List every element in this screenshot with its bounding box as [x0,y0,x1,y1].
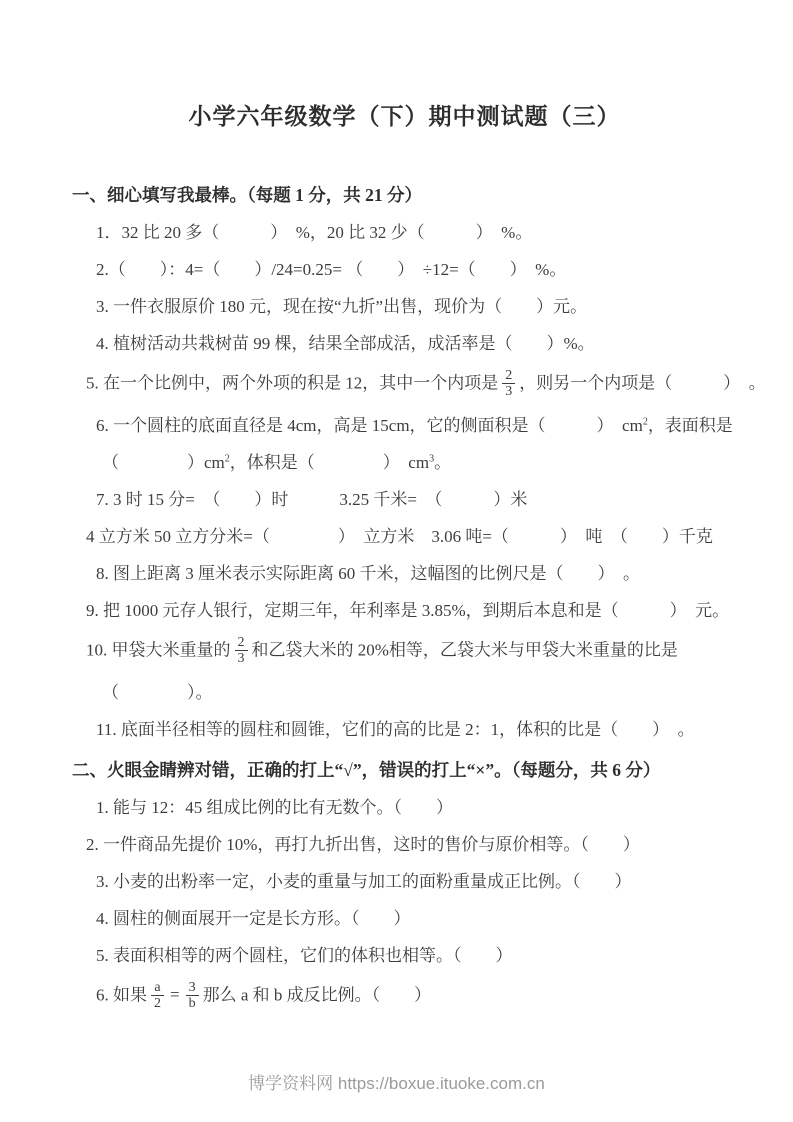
section-fill-in-blanks: 一、细心填写我最棒。（每题 1 分，共 21 分） 1．32 比 20 多（ ）… [72,183,737,741]
question-1-10-line1: 10. 甲袋大米重量的23和乙袋大米的 20%相等，乙袋大米与甲袋大米重量的比是 [72,636,737,667]
question-1-5-text-after: ，则另一个内项是（ ） 。 [519,373,766,392]
fraction-denominator: 2 [151,996,164,1011]
test-paper-page: 小学六年级数学（下）期中测试题（三） 一、细心填写我最棒。（每题 1 分，共 2… [0,0,793,1122]
fraction-numerator: 3 [186,980,199,996]
question-2-3: 3. 小麦的出粉率一定，小麦的重量与加工的面粉重量成正比例。（ ） [72,870,737,893]
section1-heading: 一、细心填写我最棒。（每题 1 分，共 21 分） [72,183,737,207]
question-1-11: 11. 底面半径相等的圆柱和圆锥，它们的高的比是 2：1，体积的比是（ ） 。 [72,718,737,741]
question-1-6-text-d: ，体积是（ ） cm [230,453,429,472]
question-1-6-text-b: ，表面积是 [648,416,733,435]
question-1-6-line2: （ ）cm2，体积是（ ） cm3。 [72,451,737,474]
equals-sign: = [170,985,180,1004]
question-1-4: 4. 植树活动共栽树苗 99 棵，结果全部成活，成活率是（ ）%。 [72,332,737,355]
question-1-10-text-before: 10. 甲袋大米重量的 [86,640,231,659]
footer-site-text: 博学资料网 https://boxue.ituoke.com.cn [248,1074,545,1093]
section2-heading: 二、火眼金睛辨对错，正确的打上“√”，错误的打上“×”。（每题分，共 6 分） [72,758,737,782]
section-true-false: 二、火眼金睛辨对错，正确的打上“√”，错误的打上“×”。（每题分，共 6 分） … [72,758,737,1012]
question-1-5: 5. 在一个比例中，两个外项的积是 12，其中一个内项是23，则另一个内项是（ … [72,369,737,400]
question-1-5-text-before: 5. 在一个比例中，两个外项的积是 12，其中一个内项是 [86,373,498,392]
question-1-6-text-c: （ ）cm [102,453,225,472]
question-1-6-text-a: 6. 一个圆柱的底面直径是 4cm，高是 15cm，它的侧面积是（ ） cm [96,416,643,435]
fraction-numerator: a [151,980,163,996]
fraction-two-thirds: 23 [502,368,515,399]
fraction-denominator: b [186,996,199,1011]
question-1-6-text-e: 。 [434,453,451,472]
question-2-4: 4. 圆柱的侧面展开一定是长方形。（ ） [72,907,737,930]
question-1-2: 2.（ ）：4=（ ）/24=0.25= （ ） ÷12=（ ） %。 [72,258,737,281]
question-2-6-text-after: 那么 a 和 b 成反比例。（ ） [203,985,432,1004]
fraction-denominator: 3 [235,651,248,666]
question-2-6: 6. 如果a2=3b那么 a 和 b 成反比例。（ ） [72,981,737,1012]
question-2-2: 2. 一件商品先提价 10%，再打九折出售，这时的售价与原价相等。（ ） [72,833,737,856]
footer-watermark: 博学资料网 https://boxue.ituoke.com.cn [0,1069,793,1094]
question-1-10-line2: （ ）。 [72,681,737,704]
fraction-denominator: 3 [502,384,515,399]
fraction-two-thirds: 23 [235,635,248,666]
question-1-8: 8. 图上距离 3 厘米表示实际距离 60 千米，这幅图的比例尺是（ ） 。 [72,562,737,585]
fraction-a-over-2: a2 [151,980,164,1011]
question-1-6-line1: 6. 一个圆柱的底面直径是 4cm，高是 15cm，它的侧面积是（ ） cm2，… [72,414,737,437]
question-2-1: 1. 能与 12：45 组成比例的比有无数个。（ ） [72,796,737,819]
question-1-1: 1．32 比 20 多（ ） %，20 比 32 少（ ） %。 [72,221,737,244]
fraction-3-over-b: 3b [186,980,199,1011]
fraction-numerator: 2 [235,635,248,651]
question-1-10-text-after: 和乙袋大米的 20%相等，乙袋大米与甲袋大米重量的比是 [252,640,678,659]
fraction-numerator: 2 [502,368,515,384]
question-1-7-line2: 4 立方米 50 立方分米=（ ） 立方米 3.06 吨=（ ） 吨 （ ）千克 [72,525,737,548]
page-title: 小学六年级数学（下）期中测试题（三） [72,98,737,131]
question-1-3: 3. 一件衣服原价 180 元，现在按“九折”出售，现价为（ ）元。 [72,295,737,318]
question-2-5: 5. 表面积相等的两个圆柱，它们的体积也相等。（ ） [72,944,737,967]
question-1-7-line1: 7. 3 时 15 分= （ ）时 3.25 千米= （ ）米 [72,488,737,511]
question-1-9: 9. 把 1000 元存人银行，定期三年，年利率是 3.85%，到期后本息和是（… [72,599,737,622]
question-2-6-text-before: 6. 如果 [96,985,147,1004]
